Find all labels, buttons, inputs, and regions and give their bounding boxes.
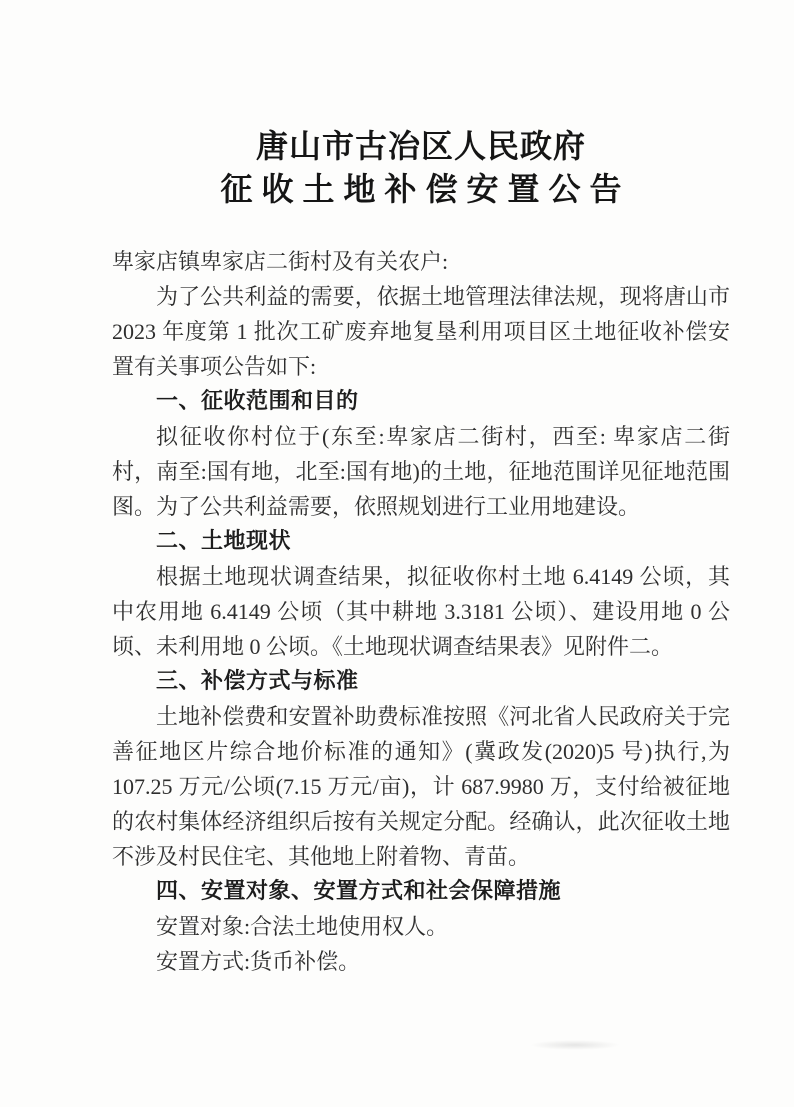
section-3-heading: 三、补偿方式与标准 [112,664,730,699]
salutation: 卑家店镇卑家店二街村及有关农户: [112,244,730,279]
doc-title: 唐山市古冶区人民政府 [112,126,730,166]
doc-subtitle: 征收土地补偿安置公告 [112,166,730,212]
doc-body: 卑家店镇卑家店二街村及有关农户: 为了公共利益的需要，依据土地管理法律法规，现将… [112,244,730,979]
document-page: 唐山市古冶区人民政府 征收土地补偿安置公告 卑家店镇卑家店二街村及有关农户: 为… [0,0,794,1107]
section-4-paragraph-resettlement-method: 安置方式:货币补偿。 [112,944,730,979]
section-2-paragraph: 根据土地现状调查结果，拟征收你村土地 6.4149 公顷，其中农用地 6.414… [112,559,730,664]
section-4-heading: 四、安置对象、安置方式和社会保障措施 [112,874,730,909]
section-1-heading: 一、征收范围和目的 [112,384,730,419]
intro-paragraph: 为了公共利益的需要，依据土地管理法律法规，现将唐山市 2023 年度第 1 批次… [112,279,730,384]
section-3-paragraph: 土地补偿费和安置补助费标准按照《河北省人民政府关于完善征地区片综合地价标准的通知… [112,699,730,874]
section-2-heading: 二、土地现状 [112,524,730,559]
scan-smudge-artifact [530,1040,620,1050]
section-1-paragraph: 拟征收你村位于(东至:卑家店二街村，西至: 卑家店二街村，南至:国有地，北至:国… [112,419,730,524]
section-4-paragraph-resettlement-target: 安置对象:合法土地使用权人。 [112,909,730,944]
